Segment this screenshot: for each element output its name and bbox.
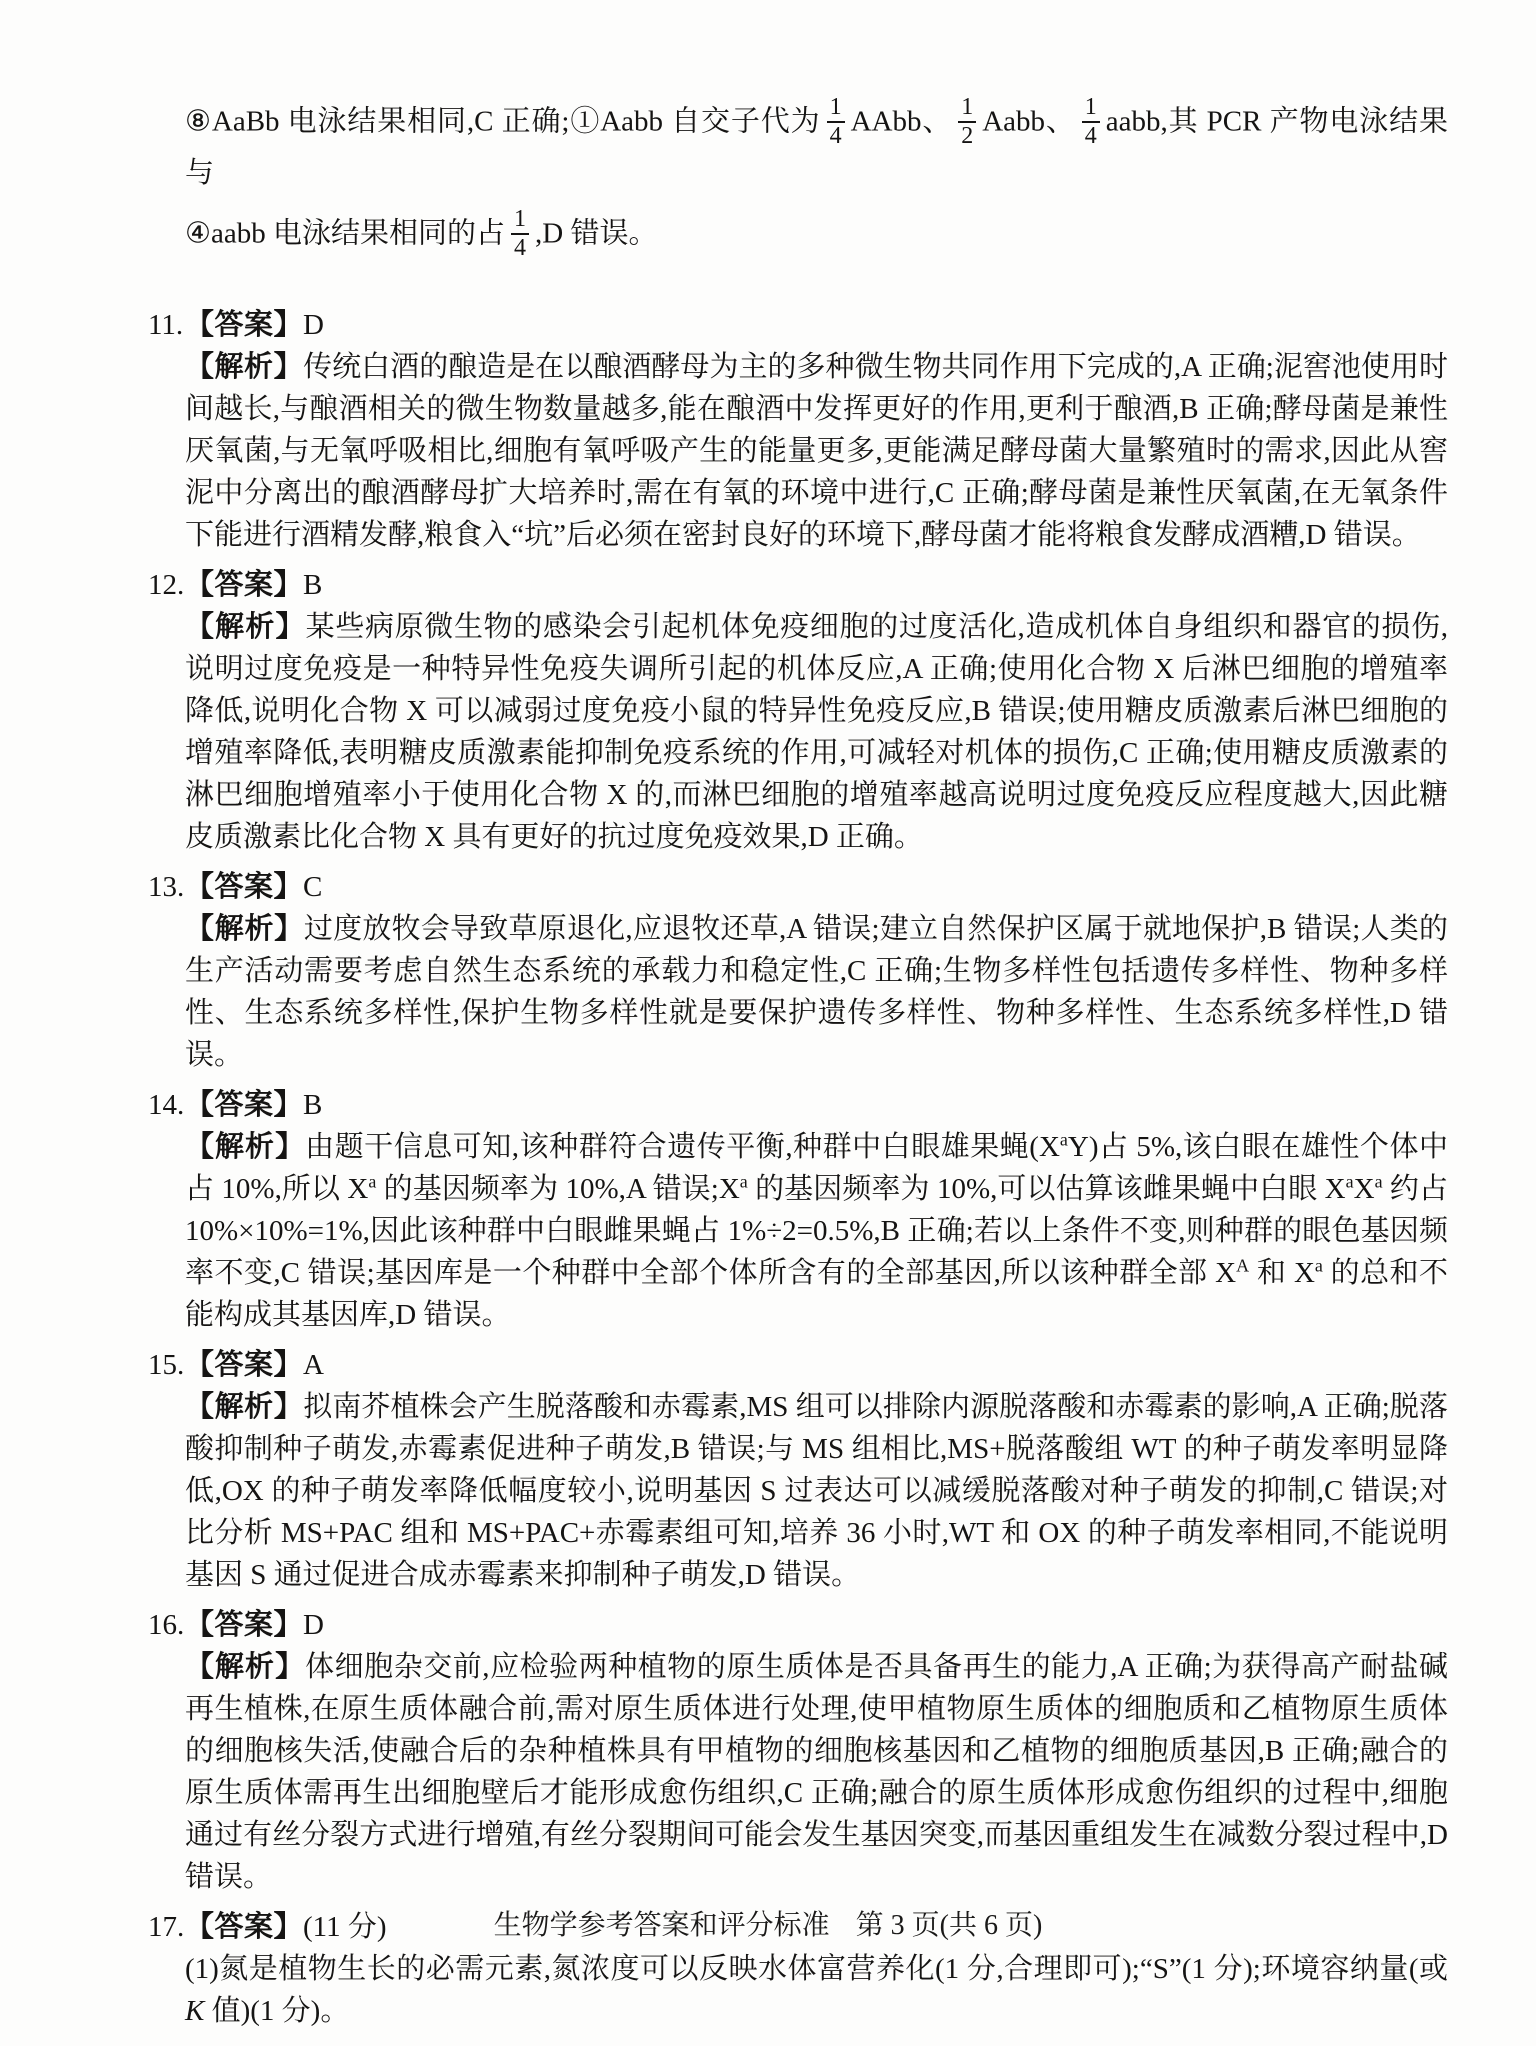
item-number: 11. (148, 304, 185, 346)
item-number: 12. (148, 564, 185, 606)
answer-items: 11. 【答案】D 【解析】传统白酒的酿造是在以酿酒酵母为主的多种微生物共同作用… (148, 304, 1448, 2032)
q10-continuation-line-2: ④aabb 电泳结果相同的占14,D 错误。 (185, 208, 1448, 264)
answer-value: A (303, 1349, 324, 1381)
document-page: ⑧AaBb 电泳结果相同,C 正确;①Aabb 自交子代为14AAbb、12Aa… (0, 0, 1536, 2046)
superscript-allele: a (1375, 1171, 1383, 1191)
superscript-allele: A (1236, 1255, 1249, 1275)
analysis-paragraph: 【解析】由题干信息可知,该种群符合遗传平衡,种群中白眼雄果蝇(XaY)占 5%,… (185, 1126, 1448, 1336)
fraction: 14 (511, 206, 529, 262)
item-number: 13. (148, 866, 185, 908)
answer-label: 【答案】 (185, 569, 303, 601)
analysis-paragraph: 【解析】拟南芥植株会产生脱落酸和赤霉素,MS 组可以排除内源脱落酸和赤霉素的影响… (185, 1386, 1448, 1596)
item-number: 14. (148, 1084, 185, 1126)
superscript-allele: a (1346, 1171, 1354, 1191)
answer-label: 【答案】 (185, 1349, 303, 1381)
answer-line: 【答案】D (185, 1604, 1448, 1646)
answer-item: 16. 【答案】D 【解析】体细胞杂交前,应检验两种植物的原生质体是否具备再生的… (148, 1604, 1448, 1898)
answer-line: 【答案】A (185, 1344, 1448, 1386)
answer-line: 【答案】C (185, 866, 1448, 908)
analysis-text: 拟南芥植株会产生脱落酸和赤霉素,MS 组可以排除内源脱落酸和赤霉素的影响,A 正… (185, 1391, 1448, 1591)
italic-variable: K (185, 1995, 204, 2027)
item-body: 【答案】A 【解析】拟南芥植株会产生脱落酸和赤霉素,MS 组可以排除内源脱落酸和… (185, 1344, 1448, 1596)
analysis-paragraph: 【解析】传统白酒的酿造是在以酿酒酵母为主的多种微生物共同作用下完成的,A 正确;… (185, 346, 1448, 556)
analysis-label: 【解析】 (185, 1131, 305, 1163)
sub-answer-paragraph: (1)氮是植物生长的必需元素,氮浓度可以反映水体富营养化(1 分,合理即可);“… (185, 1948, 1448, 2032)
answer-label: 【答案】 (185, 1089, 303, 1121)
answer-item: 13. 【答案】C 【解析】过度放牧会导致草原退化,应退牧还草,A 错误;建立自… (148, 866, 1448, 1076)
answer-value: D (303, 309, 324, 341)
answer-value: B (303, 1089, 322, 1121)
superscript-allele: a (1060, 1129, 1068, 1149)
analysis-text: 由题干信息可知,该种群符合遗传平衡,种群中白眼雄果蝇(XaY)占 5%,该白眼在… (185, 1131, 1448, 1331)
analysis-text: 过度放牧会导致草原退化,应退牧还草,A 错误;建立自然保护区属于就地保护,B 错… (185, 913, 1448, 1071)
analysis-text: 某些病原微生物的感染会引起机体免疫细胞的过度活化,造成机体自身组织和器官的损伤,… (185, 611, 1448, 853)
fraction: 14 (1082, 94, 1100, 150)
analysis-text: 体细胞杂交前,应检验两种植物的原生质体是否具备再生的能力,A 正确;为获得高产耐… (185, 1651, 1448, 1893)
answer-item: 11. 【答案】D 【解析】传统白酒的酿造是在以酿酒酵母为主的多种微生物共同作用… (148, 304, 1448, 556)
analysis-label: 【解析】 (185, 611, 306, 643)
item-body: 【答案】B 【解析】某些病原微生物的感染会引起机体免疫细胞的过度活化,造成机体自… (185, 564, 1448, 858)
analysis-label: 【解析】 (185, 1391, 303, 1423)
answer-line: 【答案】B (185, 564, 1448, 606)
superscript-allele: a (368, 1171, 376, 1191)
item-body: 【答案】D 【解析】体细胞杂交前,应检验两种植物的原生质体是否具备再生的能力,A… (185, 1604, 1448, 1898)
answer-line: 【答案】B (185, 1084, 1448, 1126)
answer-label: 【答案】 (185, 871, 303, 903)
answer-value: B (303, 569, 322, 601)
page-footer: 生物学参考答案和评分标准第 3 页(共 6 页) (0, 1903, 1536, 1943)
answer-label: 【答案】 (185, 309, 303, 341)
analysis-text: 传统白酒的酿造是在以酿酒酵母为主的多种微生物共同作用下完成的,A 正确;泥窖池使… (185, 351, 1448, 551)
item-body: 【答案】D 【解析】传统白酒的酿造是在以酿酒酵母为主的多种微生物共同作用下完成的… (185, 304, 1448, 556)
analysis-paragraph: 【解析】过度放牧会导致草原退化,应退牧还草,A 错误;建立自然保护区属于就地保护… (185, 908, 1448, 1076)
answer-item: 12. 【答案】B 【解析】某些病原微生物的感染会引起机体免疫细胞的过度活化,造… (148, 564, 1448, 858)
footer-page-number: 第 3 页(共 6 页) (856, 1910, 1043, 1941)
item-body: 【答案】B 【解析】由题干信息可知,该种群符合遗传平衡,种群中白眼雄果蝇(XaY… (185, 1084, 1448, 1336)
fraction: 12 (958, 94, 976, 150)
page-content: ⑧AaBb 电泳结果相同,C 正确;①Aabb 自交子代为14AAbb、12Aa… (148, 96, 1448, 2040)
item-body: 【答案】C 【解析】过度放牧会导致草原退化,应退牧还草,A 错误;建立自然保护区… (185, 866, 1448, 1076)
answer-value: C (303, 871, 322, 903)
analysis-paragraph: 【解析】体细胞杂交前,应检验两种植物的原生质体是否具备再生的能力,A 正确;为获… (185, 1646, 1448, 1898)
analysis-label: 【解析】 (185, 1651, 305, 1683)
answer-value: D (303, 1609, 324, 1641)
analysis-label: 【解析】 (185, 351, 303, 383)
superscript-allele: a (1315, 1255, 1323, 1275)
answer-label: 【答案】 (185, 1609, 303, 1641)
answer-item: 15. 【答案】A 【解析】拟南芥植株会产生脱落酸和赤霉素,MS 组可以排除内源… (148, 1344, 1448, 1596)
analysis-paragraph: 【解析】某些病原微生物的感染会引起机体免疫细胞的过度活化,造成机体自身组织和器官… (185, 606, 1448, 858)
item-number: 15. (148, 1344, 185, 1386)
answer-item: 14. 【答案】B 【解析】由题干信息可知,该种群符合遗传平衡,种群中白眼雄果蝇… (148, 1084, 1448, 1336)
q10-continuation-line-1: ⑧AaBb 电泳结果相同,C 正确;①Aabb 自交子代为14AAbb、12Aa… (185, 96, 1448, 194)
footer-document-title: 生物学参考答案和评分标准 (494, 1910, 830, 1941)
superscript-allele: a (740, 1171, 748, 1191)
item-number: 16. (148, 1604, 185, 1646)
analysis-label: 【解析】 (185, 913, 304, 945)
answer-line: 【答案】D (185, 304, 1448, 346)
q10-continuation-paragraph: ⑧AaBb 电泳结果相同,C 正确;①Aabb 自交子代为14AAbb、12Aa… (148, 96, 1448, 264)
fraction: 14 (827, 94, 845, 150)
